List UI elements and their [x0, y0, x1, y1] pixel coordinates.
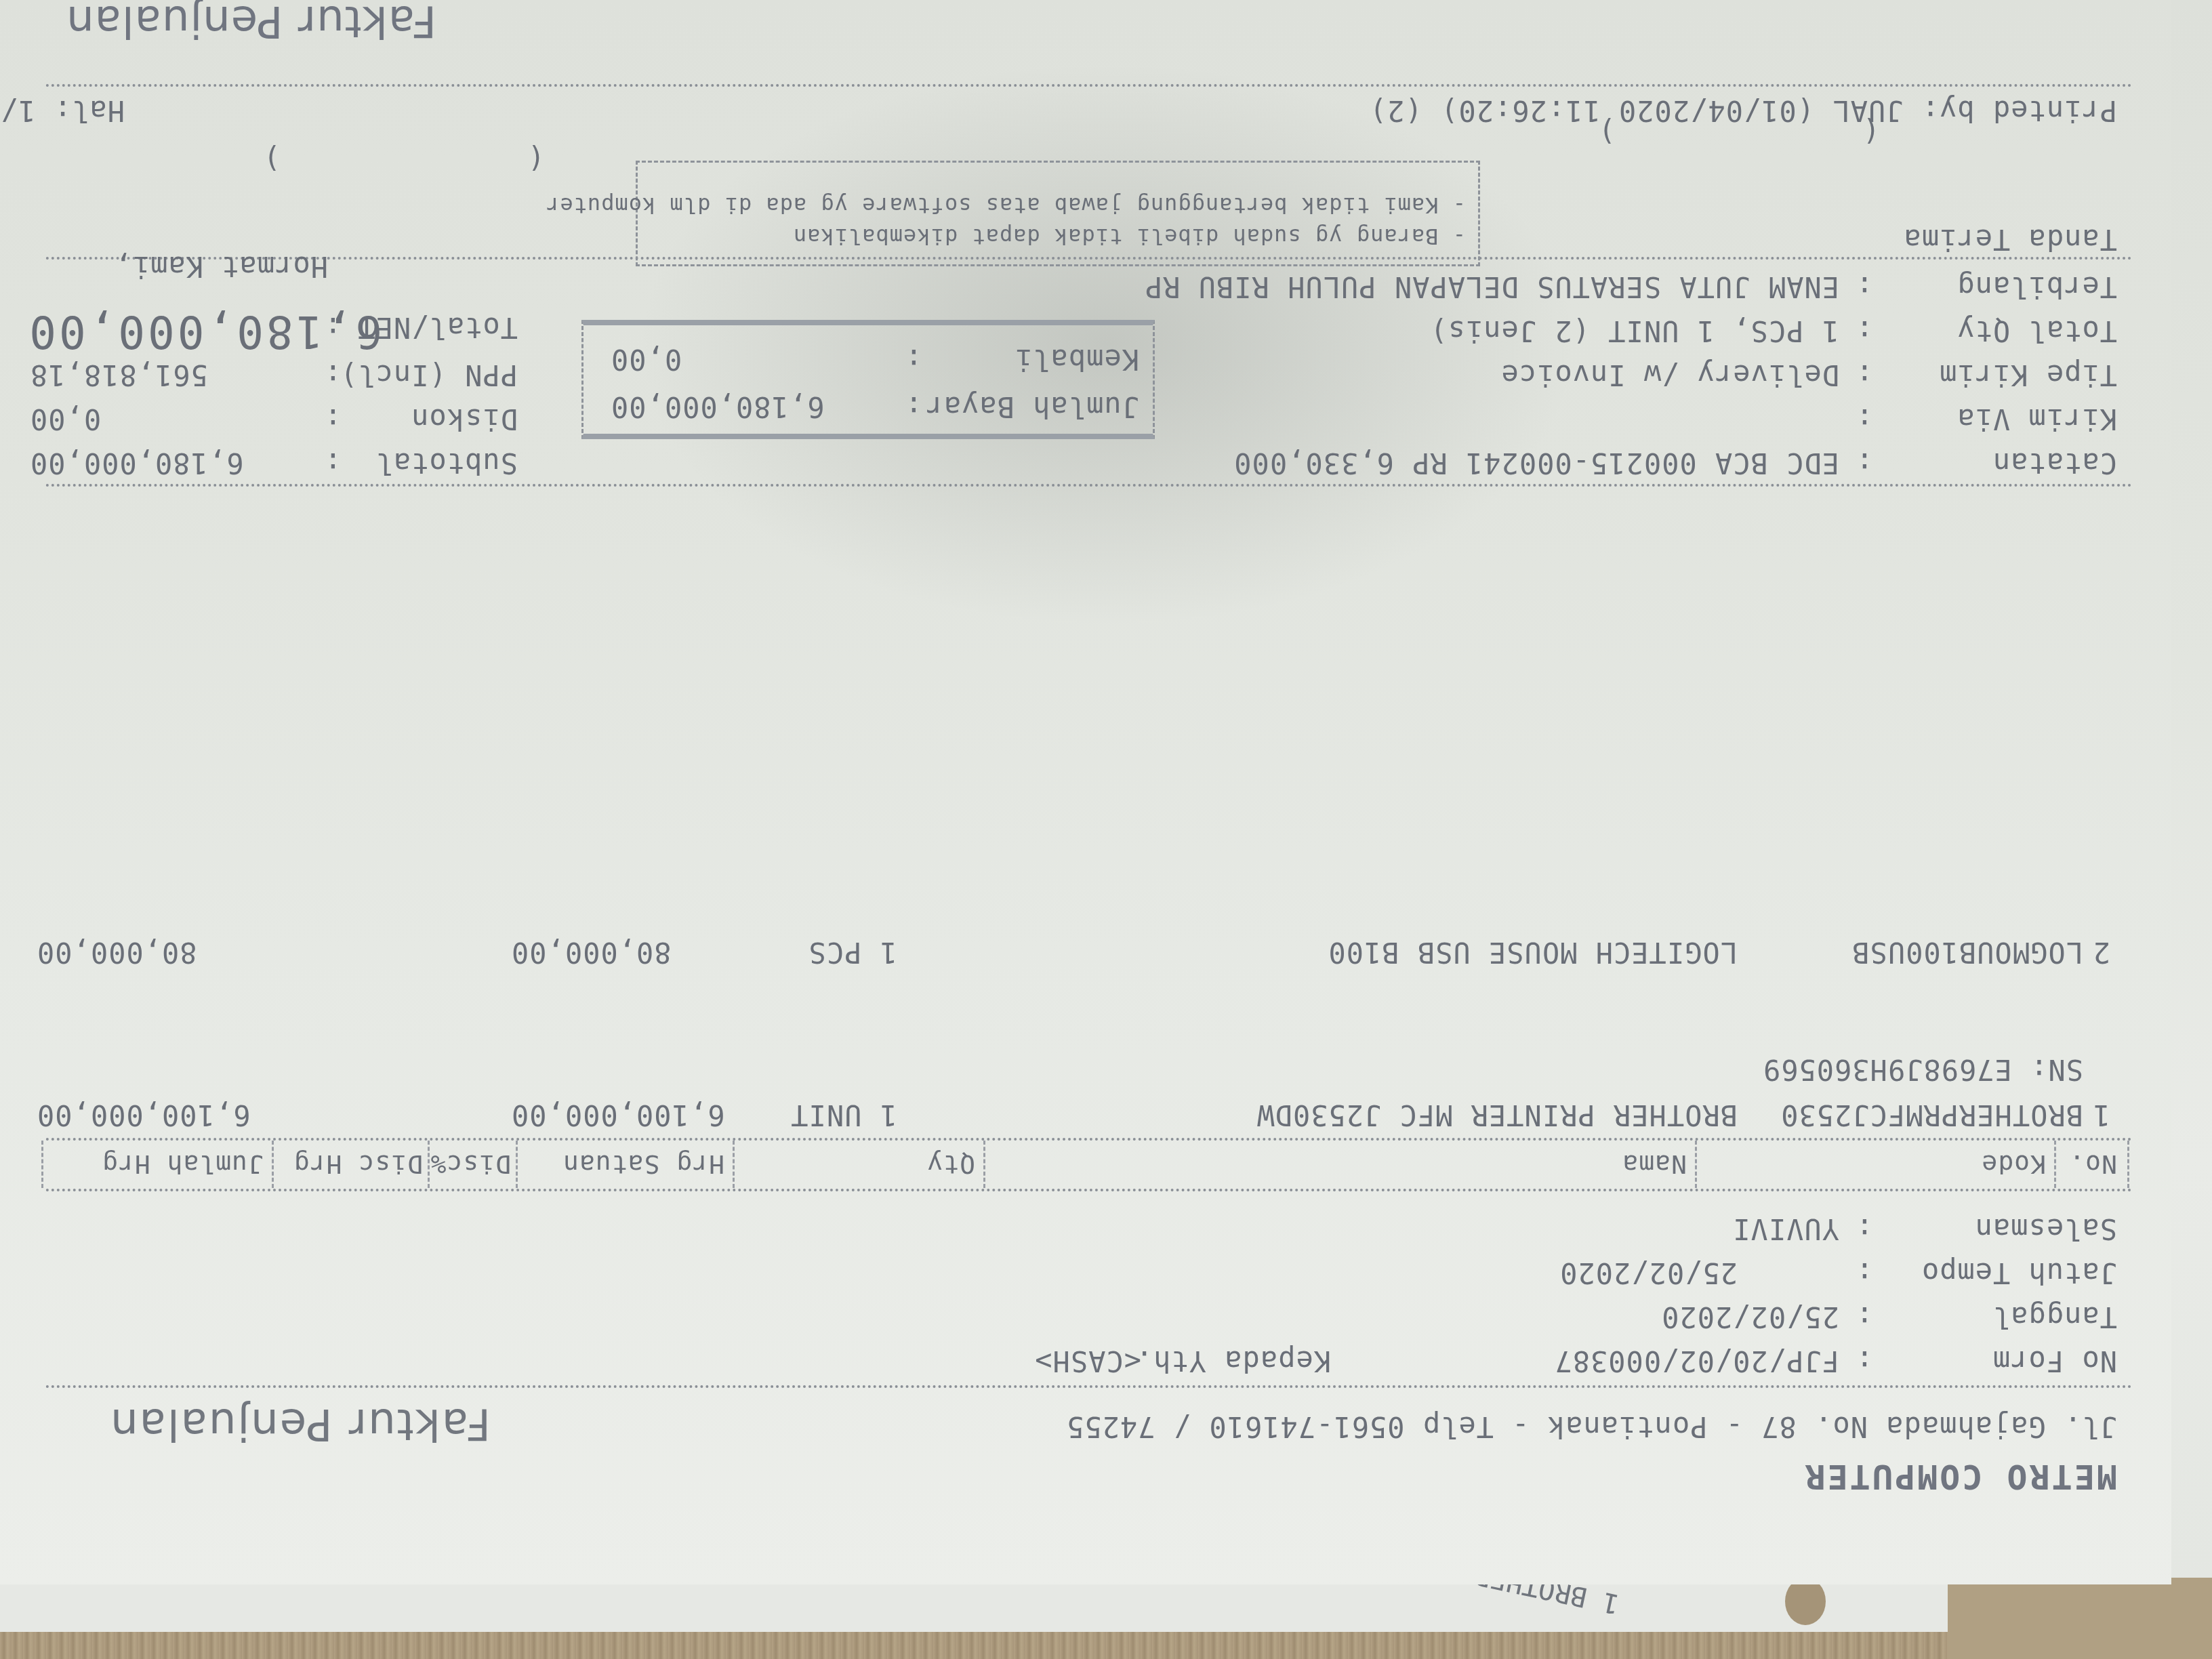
col-header-jumlah-hrg: Jumlah Hrg: [102, 1149, 264, 1179]
row-unit-price: 6,100,000,00: [511, 1099, 755, 1132]
amount-in-words-value: ENAM JUTA SERATUS DELAPAN PULUH RIBU RP: [1145, 270, 1839, 304]
punch-hole: [1785, 1578, 1826, 1625]
footer-rule: [43, 84, 2131, 87]
separator: :: [1856, 270, 1873, 304]
notes-value: EDC BCA 000215-000241 RP 6,330,000: [1233, 447, 1839, 480]
col-divider: [733, 1141, 735, 1188]
vat-label: PPN (Incl): [340, 359, 518, 392]
change-label: Kembali: [1015, 343, 1139, 376]
table-top-rule: [43, 1189, 2131, 1191]
subtotal-value: 6,180,000,00: [30, 447, 301, 480]
col-divider: [41, 1141, 43, 1188]
col-divider: [983, 1141, 985, 1188]
disclaimer-box: - Barang yg sudah dibeli tidak dapat dik…: [636, 161, 1480, 266]
label: Salesman: [1975, 1212, 2117, 1246]
row-serial-number: SN: E7698J9H360569: [1763, 1053, 2083, 1086]
recipient-label: Kepada Yth.: [1135, 1345, 1331, 1378]
col-header-hrg-satuan: Hrg Satuan: [562, 1149, 724, 1179]
salesman-value: YUVIVI: [1732, 1212, 1839, 1246]
separator: :: [905, 343, 922, 376]
col-header-disc-pct: Disc%: [430, 1149, 511, 1179]
invoice-paper: METRO COMPUTER Jl. Gajahmada No. 87 - Po…: [0, 0, 2171, 1584]
photo-stage: 1 BROTHERPRMF... METRO COMPUTER Jl. Gaja…: [0, 0, 2212, 1659]
company-name: METRO COMPUTER: [1803, 1457, 2117, 1496]
row-kode: BROTHERPRMFCJ2530: [1780, 1099, 2083, 1132]
separator: :: [1856, 447, 1873, 480]
col-header-qty: Qty: [926, 1149, 975, 1179]
separator: :: [1856, 1300, 1873, 1334]
col-header-kode: Kode: [1981, 1149, 2046, 1179]
recipient-value: <CASH>: [1034, 1345, 1141, 1378]
separator: :: [324, 359, 342, 392]
wooden-table-corner: [1948, 1578, 2212, 1659]
separator: :: [1856, 314, 1873, 348]
table-header-rule: [43, 1138, 2131, 1141]
label: Jatuh Tempo: [1921, 1256, 2117, 1290]
row-nama: BROTHER PRINTER MFC J2530DW: [1256, 1099, 1738, 1132]
ship-type-value: Delivery /w Invoice: [1501, 359, 1839, 392]
col-divider: [2054, 1141, 2056, 1188]
page-number: Hal: 1/1: [0, 94, 125, 127]
net-total-value: 6,180,000,00: [30, 306, 382, 358]
separator: :: [905, 390, 922, 424]
col-divider: [272, 1141, 274, 1188]
vat-value: 561,818,18: [30, 359, 301, 392]
col-header-nama: Nama: [1622, 1149, 1687, 1179]
row-unit-price: 80,000,00: [511, 936, 755, 969]
row-amount: 80,000,00: [37, 936, 281, 969]
summary-top-rule: [43, 484, 2131, 487]
change-value: 0,00: [611, 343, 868, 376]
amount-paid-label: Jumlah Bayar: [926, 390, 1139, 424]
total-qty-label: Total Qty: [1957, 314, 2117, 348]
amount-paid-value: 6,180,000,00: [611, 390, 868, 424]
ship-via-label: Kirim Via: [1957, 403, 2117, 436]
notes-label: Catatan: [1992, 447, 2117, 480]
disclaimer-line: - Kami tidak bertanggung jawab atas soft…: [546, 192, 1466, 218]
label: Tanggal: [1992, 1300, 2117, 1334]
discount-value: 0,00: [30, 403, 301, 436]
signature-bracket-close: ): [263, 142, 281, 175]
col-header-no: No.: [2068, 1149, 2117, 1179]
ship-type-label: Tipe Kirim: [1939, 359, 2117, 392]
separator: :: [1856, 1212, 1873, 1246]
disclaimer-line: - Barang yg sudah dibeli tidak dapat dik…: [793, 224, 1466, 249]
no-form-value: FJP/20/02/000387: [1554, 1345, 1839, 1378]
separator: :: [1856, 1345, 1873, 1378]
col-divider: [2127, 1141, 2129, 1188]
row-no: 1: [2093, 1099, 2110, 1132]
sender-signature-label: Hormat Kami,: [115, 250, 328, 283]
payment-box: Jumlah Bayar : 6,180,000,00 Kembali : 0,…: [581, 320, 1155, 439]
row-no: 2: [2093, 936, 2110, 969]
col-divider: [428, 1141, 430, 1188]
separator: :: [324, 403, 342, 436]
date-value: 25/02/2020: [1661, 1300, 1839, 1334]
signature-bracket-open: (: [527, 142, 545, 175]
separator: :: [324, 447, 342, 480]
col-divider: [516, 1141, 518, 1188]
separator: :: [1856, 403, 1873, 436]
separator: :: [1856, 1256, 1873, 1290]
amount-in-words-label: Terbilang: [1957, 270, 2117, 304]
header-divider: [43, 1385, 2131, 1388]
receipt-signature-label: Tanda Terima: [1904, 223, 2117, 256]
document-title: Faktur Penjualan: [109, 1399, 491, 1449]
row-amount: 6,100,000,00: [37, 1099, 281, 1132]
discount-label: Diskon: [411, 403, 518, 436]
company-address: Jl. Gajahmada No. 87 - Pontianak - Telp …: [1066, 1410, 2117, 1443]
row-nama: LOGITECH MOUSE USB B100: [1328, 936, 1738, 969]
row-kode: LOGMOUB100USB: [1851, 936, 2083, 969]
row-qty: 1 UNIT: [790, 1099, 897, 1132]
due-date-value: 25/02/2020: [1559, 1256, 1738, 1290]
subtotal-label: Subtotal: [375, 447, 518, 480]
row-qty: 1 PCS: [808, 936, 897, 969]
next-page-title: Faktur Penjualan: [66, 0, 436, 46]
col-header-disc-hrg: Disc Hrg: [293, 1149, 423, 1179]
label: No Form: [1992, 1345, 2117, 1378]
total-qty-value: 1 PCS, 1 UNIT (2 Jenis): [1429, 314, 1839, 348]
printed-by: Printed by: JUAL (01/04/2020 11:26:20) (…: [1369, 94, 2117, 127]
separator: :: [1856, 359, 1873, 392]
col-divider: [1695, 1141, 1697, 1188]
